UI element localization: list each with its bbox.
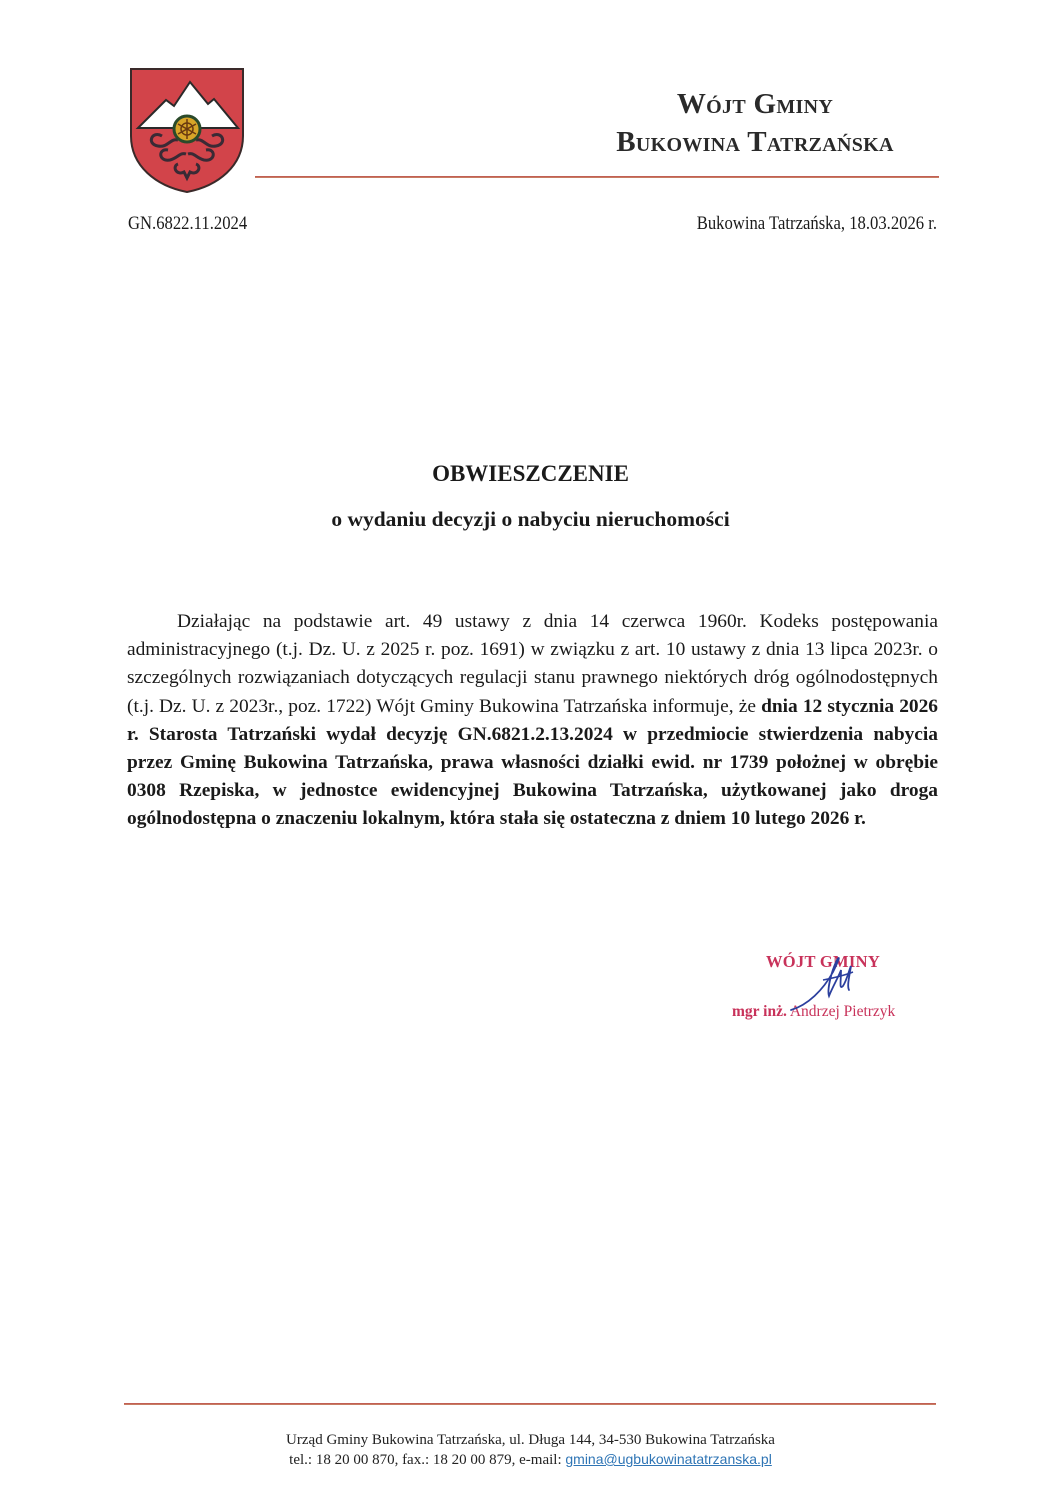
coat-of-arms-icon <box>128 66 246 194</box>
footer-address: Urząd Gminy Bukowina Tatrzańska, ul. Dłu… <box>0 1431 1061 1450</box>
footer-phone-fax: tel.: 18 20 00 870, fax.: 18 20 00 879, … <box>289 1452 565 1468</box>
authority-name-line1: Wójt Gminy <box>560 86 950 123</box>
footer-divider <box>124 1403 936 1405</box>
signature-block: WÓJT GMINY mgr inż. Andrzej Pietrzyk <box>728 950 928 1030</box>
document-subtitle: o wydaniu decyzji o nabyciu nieruchomośc… <box>0 507 1061 532</box>
signatory-degree: mgr inż. <box>732 1003 787 1020</box>
notice-body: Działając na podstawie art. 49 ustawy z … <box>127 608 938 834</box>
header-divider <box>255 176 939 178</box>
footer-email-link[interactable]: gmina@ugbukowinatatrzanska.pl <box>565 1451 771 1467</box>
authority-name-line2: Bukowina Tatrzańska <box>560 124 950 161</box>
footer-contact: tel.: 18 20 00 870, fax.: 18 20 00 879, … <box>0 1450 1061 1470</box>
handwritten-signature-icon <box>783 950 873 1018</box>
notice-paragraph: Działając na podstawie art. 49 ustawy z … <box>127 608 938 834</box>
place-and-date: Bukowina Tatrzańska, 18.03.2026 r. <box>697 214 937 235</box>
document-title: OBWIESZCZENIE <box>0 461 1061 487</box>
reference-number: GN.6822.11.2024 <box>128 214 247 235</box>
footer: Urząd Gminy Bukowina Tatrzańska, ul. Dłu… <box>0 1431 1061 1470</box>
